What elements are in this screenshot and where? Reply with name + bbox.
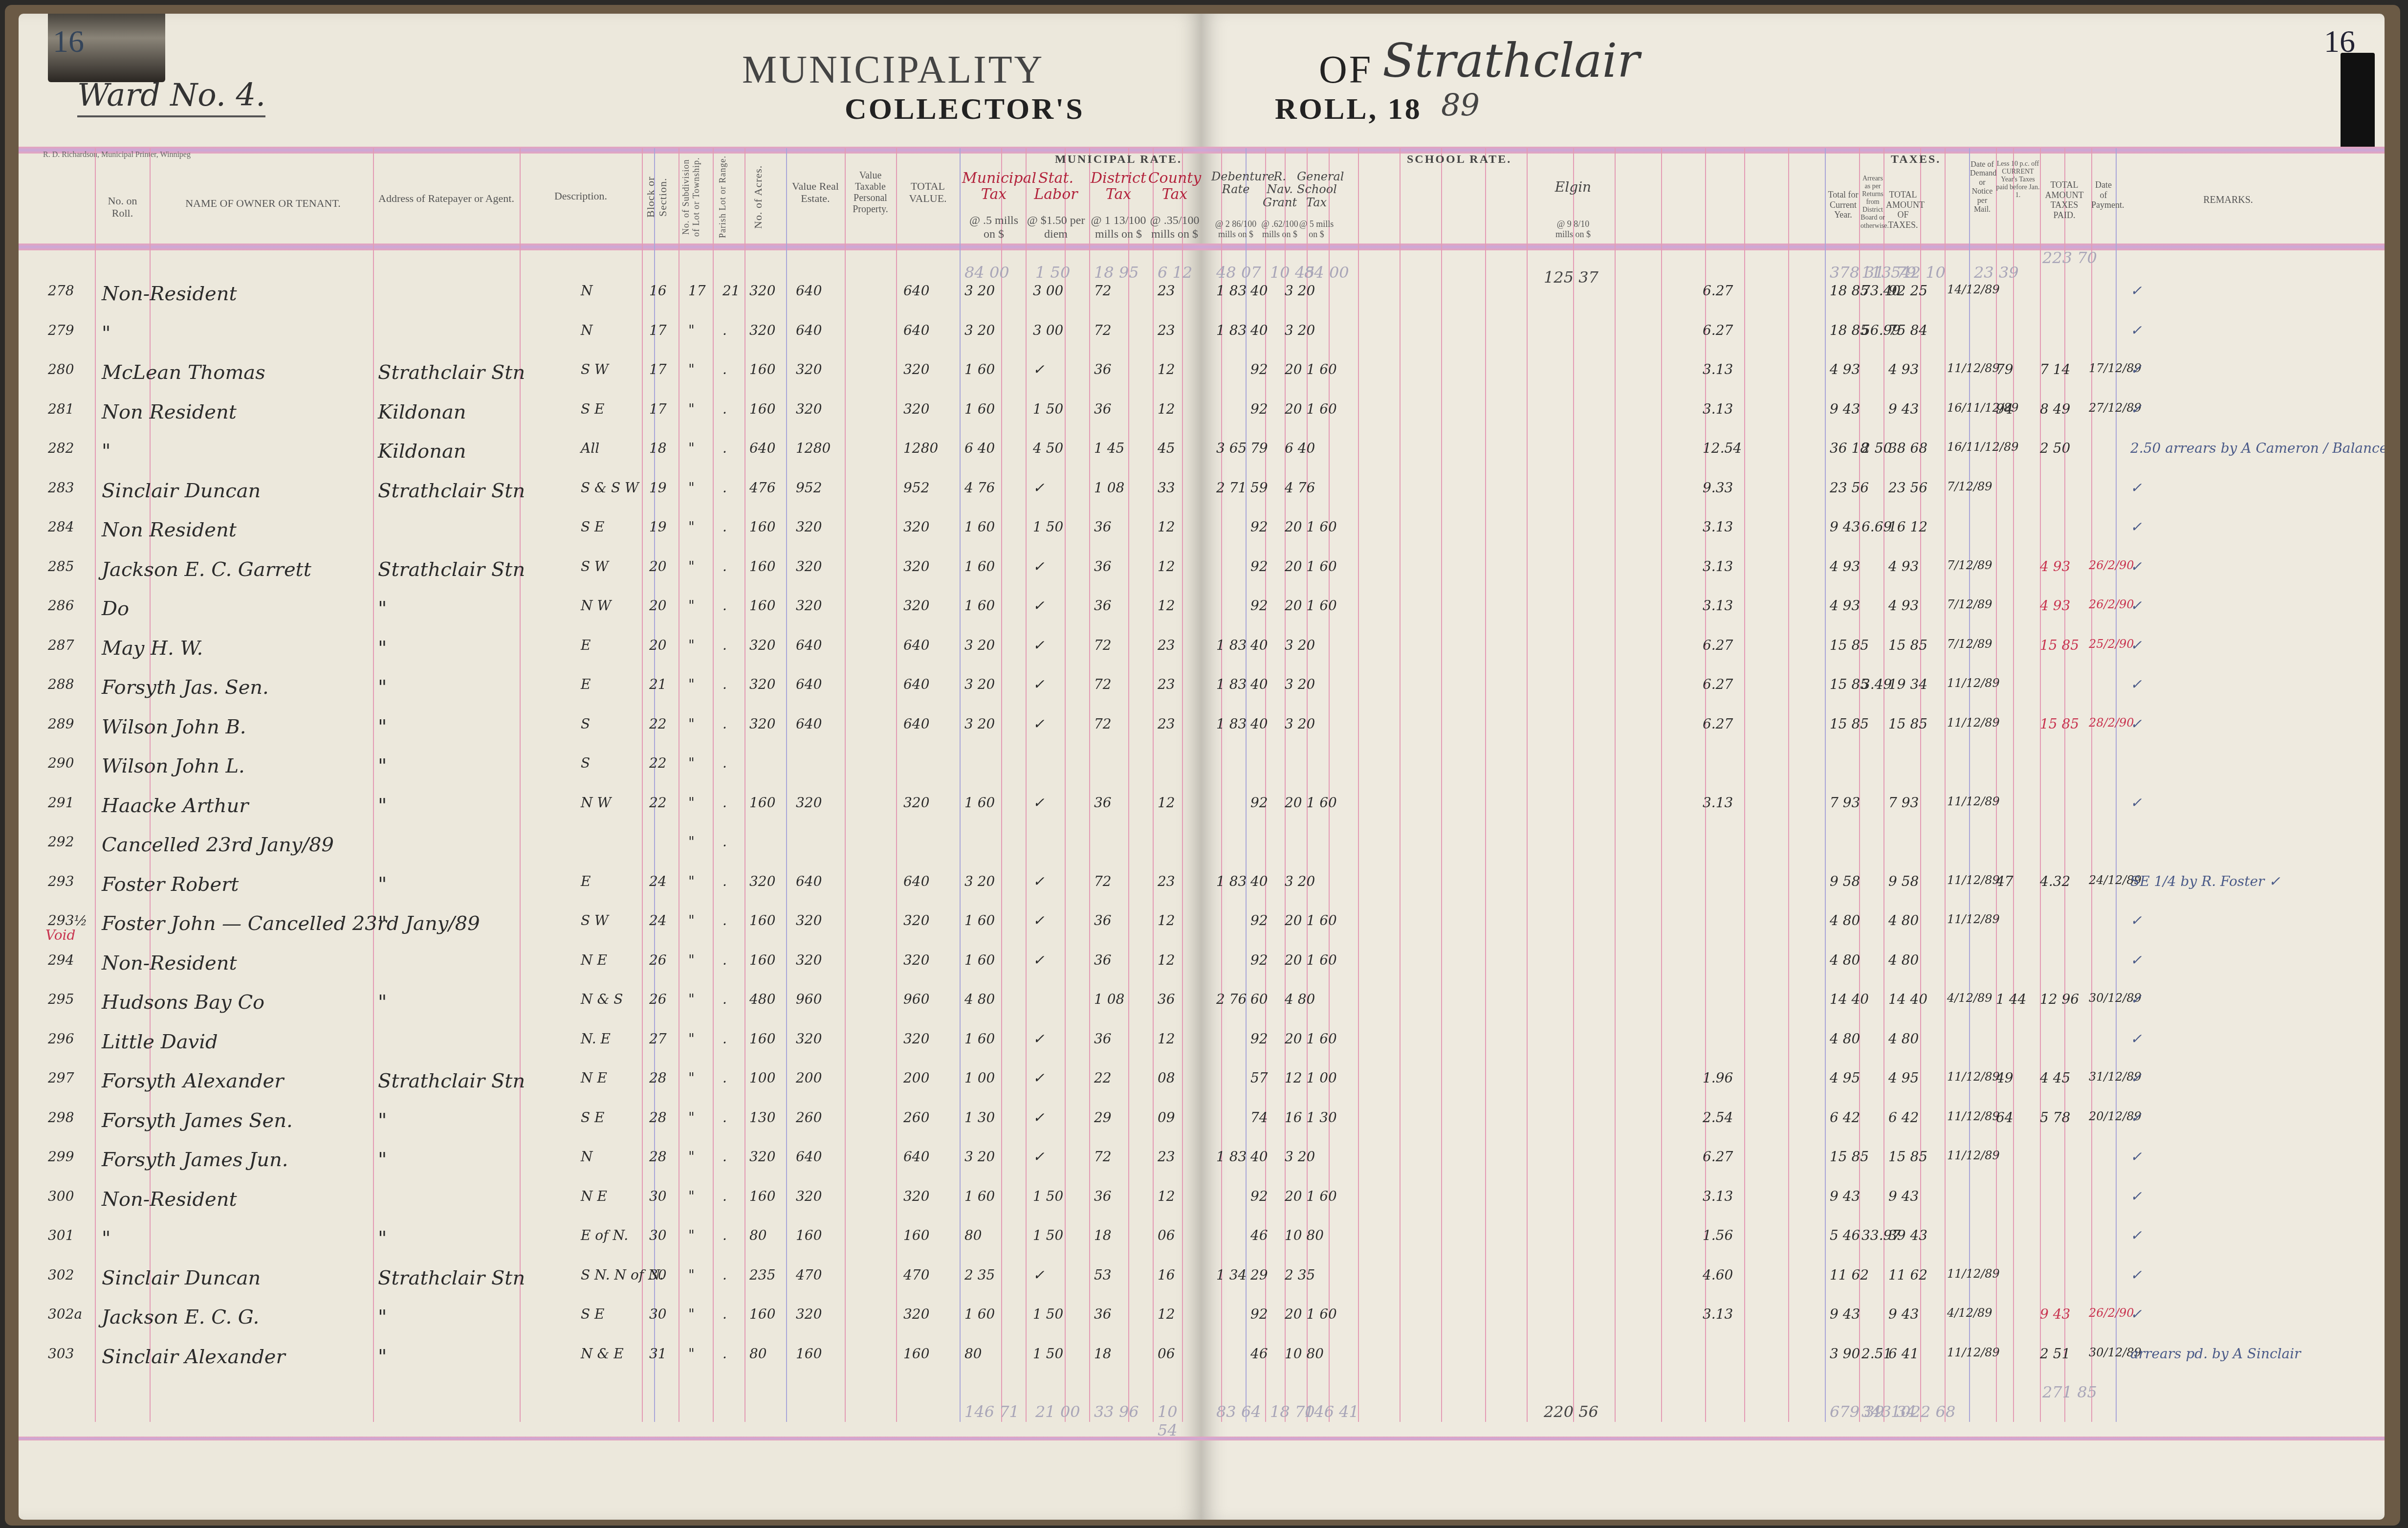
demand-date: 11/12/89 <box>1947 795 2000 808</box>
header-school-rate: SCHOOL RATE. <box>1407 153 1511 166</box>
acres: 80 <box>749 1227 767 1243</box>
discount: 94 <box>1996 401 2014 417</box>
roll-number: 301 <box>48 1227 74 1243</box>
subdivision: " <box>688 598 695 614</box>
block-section: 30 <box>649 1227 667 1243</box>
remarks: ✓ <box>2130 322 2142 338</box>
statute-labor: 1 50 <box>1033 519 1063 535</box>
total-value: 640 <box>903 716 929 732</box>
total-taxes: 6 41 <box>1888 1346 1919 1362</box>
current-year-total: 9 43 <box>1830 1188 1860 1204</box>
description: S W <box>581 361 609 377</box>
value-real-estate: 320 <box>796 401 822 417</box>
acres: 160 <box>749 912 775 929</box>
district-tax: 72 <box>1094 716 1112 732</box>
owner-name: " <box>102 322 110 345</box>
county-tax: 06 <box>1158 1346 1175 1362</box>
nav-grant: 46 <box>1250 1227 1268 1243</box>
subdivision: " <box>688 322 695 338</box>
total-taxes: 75 84 <box>1888 322 1927 338</box>
header-subdivision: No. of Subdivision of Lot or Township. <box>681 155 701 239</box>
municipal-tax: 1 60 <box>964 1188 995 1204</box>
header-address: Address of Ratepayer or Agent. <box>375 192 517 204</box>
acres: 320 <box>749 873 775 889</box>
county-tax: 23 <box>1158 676 1175 692</box>
district-tax: 36 <box>1094 401 1112 417</box>
header-elgin: Elgin <box>1554 180 1593 195</box>
county-tax: 12 <box>1158 1031 1175 1047</box>
nav-grant: 92 <box>1250 598 1268 614</box>
payment-date: 26/2/90 <box>2089 1306 2134 1320</box>
statute-labor: 4 50 <box>1033 440 1063 456</box>
range: . <box>722 598 727 614</box>
header-general-school: General School Tax <box>1297 170 1336 209</box>
statute-labor: ✓ <box>1033 676 1044 692</box>
statute-labor: ✓ <box>1033 952 1044 968</box>
nav-grant: 92 <box>1250 558 1268 575</box>
elgin-school-tax: 12.54 <box>1703 440 1742 456</box>
payment-date: 26/2/90 <box>2089 598 2134 611</box>
table-row <box>1202 829 2385 868</box>
remarks: ✓ <box>2130 676 2142 692</box>
acres: 160 <box>749 1306 775 1322</box>
nav-grant: 59 <box>1250 480 1268 496</box>
current-year-total: 4 80 <box>1830 912 1860 929</box>
range: . <box>722 440 727 456</box>
current-year-total: 23 56 <box>1830 480 1869 496</box>
demand-date: 4/12/89 <box>1947 991 1992 1005</box>
value-real-estate: 640 <box>796 1149 822 1165</box>
district-tax: 36 <box>1094 558 1112 575</box>
district-tax: 36 <box>1094 519 1112 535</box>
current-year-total: 7 93 <box>1830 795 1860 811</box>
value-real-estate: 160 <box>796 1346 822 1362</box>
debenture-rate: 1 83 <box>1216 716 1247 732</box>
remarks: ✓ <box>2130 1031 2142 1047</box>
general-school-tax: 20 1 60 <box>1285 558 1337 575</box>
rate-nav: @ .62/100 mills on $ <box>1260 219 1299 239</box>
subdivision: " <box>688 676 695 692</box>
subdivision: " <box>688 1109 695 1126</box>
nav-grant: 40 <box>1250 716 1268 732</box>
municipal-tax: 3 20 <box>964 283 995 299</box>
total-value: 200 <box>903 1070 929 1086</box>
description: S E <box>581 1306 605 1322</box>
current-year-total: 15 85 <box>1830 637 1869 653</box>
acres: 320 <box>749 283 775 299</box>
range: . <box>722 795 727 811</box>
elgin-school-tax: 2.54 <box>1703 1109 1733 1126</box>
general-school-tax: 20 1 60 <box>1285 1031 1337 1047</box>
rate-debenture: @ 2 86/100 mills on $ <box>1211 219 1260 239</box>
roll-number: 286 <box>48 598 74 614</box>
table-row: 281Non ResidentKildonanS E17".1603203201… <box>19 396 1202 435</box>
subdivision: " <box>688 1149 695 1165</box>
total-taxes: 14 40 <box>1888 991 1927 1007</box>
description: N. E <box>581 1031 611 1047</box>
roll-number: 281 <box>48 401 74 417</box>
demand-date: 11/12/89 <box>1947 361 2000 375</box>
block-section: 24 <box>649 912 667 929</box>
statute-labor: ✓ <box>1033 716 1044 732</box>
municipal-tax: 4 76 <box>964 480 995 496</box>
total-taxes: 9 43 <box>1888 1306 1919 1322</box>
municipal-tax: 3 20 <box>964 873 995 889</box>
table-row: 1 83403 206.2718 8556.9975 84✓ <box>1202 317 2385 356</box>
description: S <box>581 755 590 771</box>
value-real-estate: 470 <box>796 1267 822 1283</box>
nav-grant: 40 <box>1250 873 1268 889</box>
roll-number: 299 <box>48 1149 74 1165</box>
total-paid: 271 85 <box>2042 1383 2097 1401</box>
table-row: 279"N17".3206406403 203 007223 <box>19 317 1202 356</box>
table-row: 9220 1 603.134 934 937/12/894 9326/2/90✓ <box>1202 593 2385 632</box>
demand-date: 11/12/89 <box>1947 676 2000 690</box>
county-tax: 12 <box>1158 519 1175 535</box>
owner-name: Wilson John B. <box>102 716 246 738</box>
statute-labor: ✓ <box>1033 795 1044 811</box>
statute-labor: ✓ <box>1033 598 1044 614</box>
statute-labor: 1 50 <box>1033 1188 1063 1204</box>
header-arrears: Arrears as per Returns from District Boa… <box>1861 175 1885 230</box>
description: E <box>581 637 591 653</box>
municipal-tax: 1 60 <box>964 519 995 535</box>
total-value: 470 <box>903 1267 929 1283</box>
municipal-tax: 3 20 <box>964 1149 995 1165</box>
block-section: 17 <box>649 401 667 417</box>
total-taxes: 15 85 <box>1888 637 1927 653</box>
subdivision: " <box>688 480 695 496</box>
municipal-tax: 1 60 <box>964 952 995 968</box>
municipal-tax: 1 60 <box>964 912 995 929</box>
demand-date: 14/12/89 <box>1947 283 2000 296</box>
owner-name: Foster Robert <box>102 873 239 896</box>
current-year-total: 4 93 <box>1830 598 1860 614</box>
general-school-tax: 20 1 60 <box>1285 401 1337 417</box>
ratepayer-address: " <box>378 912 387 935</box>
subdivision: 17 <box>688 283 706 299</box>
statute-labor: 1 50 <box>1033 1227 1063 1243</box>
header-municipal-rate: MUNICIPAL RATE. <box>1055 153 1182 166</box>
ratepayer-address: Kildonan <box>378 440 466 463</box>
block-section: 22 <box>649 755 667 771</box>
arrears: 2 50 <box>1861 440 1892 456</box>
payment-date: 28/2/90 <box>2089 716 2134 730</box>
roll-number: 302 <box>48 1267 74 1283</box>
owner-name: Sinclair Duncan <box>102 1267 261 1289</box>
rate-municipal: @ .5 mills on $ <box>962 214 1026 241</box>
remarks: ✓ <box>2130 401 2142 417</box>
municipal-tax: 4 80 <box>964 991 995 1007</box>
district-tax: 72 <box>1094 322 1112 338</box>
owner-name: Forsyth James Sen. <box>102 1109 293 1132</box>
table-row: 298Forsyth James Sen."S E28".1302602601 … <box>19 1105 1202 1144</box>
description: N E <box>581 1070 607 1086</box>
owner-name: Do <box>102 598 129 620</box>
municipal-tax: 1 60 <box>964 795 995 811</box>
table-row: 2 71594 769.3323 5623 567/12/89✓ <box>1202 475 2385 514</box>
right-page: 16 OF Strathclair ROLL, 18 89 <box>1202 14 2385 1520</box>
county-tax: 12 <box>1158 598 1175 614</box>
description: S E <box>581 1109 605 1126</box>
nav-grant: 92 <box>1250 361 1268 377</box>
description: N <box>581 283 593 299</box>
owner-name: Cancelled 23rd Jany/89 <box>102 834 334 856</box>
roll-number: 289 <box>48 716 74 732</box>
block-section: 19 <box>649 480 667 496</box>
total-value: 640 <box>903 637 929 653</box>
value-real-estate: 640 <box>796 676 822 692</box>
statute-labor: ✓ <box>1033 1109 1044 1126</box>
acres: 320 <box>749 1149 775 1165</box>
range: . <box>722 834 727 850</box>
owner-name: Hudsons Bay Co <box>102 991 264 1014</box>
municipal-tax: 1 60 <box>964 1031 995 1047</box>
owner-name: Foster John — Cancelled 23rd Jany/89 <box>102 912 480 935</box>
total-value: 952 <box>903 480 929 496</box>
subdivision: " <box>688 361 695 377</box>
roll-number: 300 <box>48 1188 74 1204</box>
value-real-estate: 1280 <box>796 440 831 456</box>
value-real-estate: 320 <box>796 952 822 968</box>
total-taxes: 9 43 <box>1888 1188 1919 1204</box>
current-year-total: 9 58 <box>1830 873 1860 889</box>
total-labor: 21 00 <box>1035 1402 1080 1421</box>
statute-labor: ✓ <box>1033 558 1044 575</box>
header-rule-bottom <box>19 244 1202 250</box>
payment-date: 25/2/90 <box>2089 637 2134 651</box>
block-section: 22 <box>649 716 667 732</box>
block-section: 30 <box>649 1267 667 1283</box>
total-value: 640 <box>903 1149 929 1165</box>
block-section: 17 <box>649 322 667 338</box>
elgin-school-tax: 1.96 <box>1703 1070 1733 1086</box>
ratepayer-address: " <box>378 1149 387 1171</box>
municipal-tax: 1 00 <box>964 1070 995 1086</box>
subdivision: " <box>688 1031 695 1047</box>
county-tax: 36 <box>1158 991 1175 1007</box>
owner-name: Non Resident <box>102 519 237 541</box>
description: All <box>581 440 599 456</box>
district-tax: 36 <box>1094 1031 1112 1047</box>
rate-elgin: @ 9 8/10 mills on $ <box>1554 219 1593 239</box>
remarks: ✓ <box>2130 558 2142 575</box>
nav-grant: 40 <box>1250 637 1268 653</box>
table-row: 289Wilson John B."S22".3206406403 20✓722… <box>19 711 1202 750</box>
ratepayer-address: Strathclair Stn <box>378 361 525 384</box>
table-row: 286Do"N W20".1603203201 60✓3612 <box>19 593 1202 632</box>
debenture-rate: 1 83 <box>1216 1149 1247 1165</box>
range: . <box>722 912 727 929</box>
table-row: 3 65796 4012.5436 182 5038 6816/11/12/89… <box>1202 435 2385 474</box>
rate-district: @ 1 13/100 mills on $ <box>1089 214 1148 241</box>
total-taxes: 4 95 <box>1888 1070 1919 1086</box>
remarks: ✓ <box>2130 952 2142 968</box>
ratepayer-address: " <box>378 991 387 1014</box>
total-value: 1280 <box>903 440 938 456</box>
amount-paid: 7 14 <box>2040 361 2070 377</box>
table-row: 278Non-ResidentN1617213206406403 203 007… <box>19 278 1202 317</box>
acres: 160 <box>749 1031 775 1047</box>
ratepayer-address: Strathclair Stn <box>378 1267 525 1289</box>
table-row: 4610 801.565 4633.9739 43✓ <box>1202 1222 2385 1262</box>
value-real-estate: 320 <box>796 598 822 614</box>
acres: 160 <box>749 558 775 575</box>
total-value: 320 <box>903 361 929 377</box>
elgin-school-tax: 6.27 <box>1703 676 1733 692</box>
description: N <box>581 1149 593 1165</box>
header-total-paid: TOTAL AMOUNT TAXES PAID. <box>2040 180 2089 221</box>
acres: 320 <box>749 676 775 692</box>
description: N W <box>581 598 611 614</box>
total-taxes: 9 58 <box>1888 873 1919 889</box>
ratepayer-address: " <box>378 676 387 699</box>
total-taxes: 1022 68 <box>1891 1402 1955 1421</box>
table-row: 9220 1 603.134 934 937/12/894 9326/2/90✓ <box>1202 554 2385 593</box>
nav-grant: 92 <box>1250 1306 1268 1322</box>
block-section: 26 <box>649 991 667 1007</box>
total-value: 640 <box>903 676 929 692</box>
subdivision: " <box>688 637 695 653</box>
district-tax: 72 <box>1094 637 1112 653</box>
amount-paid: 15 85 <box>2040 637 2079 653</box>
total-value: 640 <box>903 873 929 889</box>
description: E <box>581 873 591 889</box>
elgin-school-tax: 3.13 <box>1703 1188 1733 1204</box>
acres: 320 <box>749 637 775 653</box>
ratepayer-address: Strathclair Stn <box>378 558 525 581</box>
remarks: SE 1/4 by R. Foster ✓ <box>2130 873 2280 889</box>
nav-grant: 74 <box>1250 1109 1268 1126</box>
block-section: 31 <box>649 1346 667 1362</box>
district-tax: 53 <box>1094 1267 1112 1283</box>
range: . <box>722 1109 727 1126</box>
value-real-estate: 640 <box>796 283 822 299</box>
title-of: OF <box>1319 48 1373 92</box>
header-rule-bottom <box>1202 244 2385 250</box>
district-tax: 1 08 <box>1094 480 1124 496</box>
discount: 47 <box>1996 873 2014 889</box>
district-tax: 72 <box>1094 676 1112 692</box>
roll-number: 280 <box>48 361 74 377</box>
arrears: 6.69 <box>1861 519 1892 535</box>
acres: 235 <box>749 1267 775 1283</box>
header-name: NAME OF OWNER OR TENANT. <box>155 197 371 209</box>
header-total-value: TOTAL VALUE. <box>898 180 957 205</box>
carried-paid: 223 70 <box>2042 248 2097 267</box>
municipal-tax: 1 60 <box>964 558 995 575</box>
nav-grant: 92 <box>1250 912 1268 929</box>
value-real-estate: 320 <box>796 795 822 811</box>
subdivision: " <box>688 795 695 811</box>
ward-label: Ward No. 4. <box>77 77 265 117</box>
district-tax: 36 <box>1094 952 1112 968</box>
general-school-tax: 6 40 <box>1285 440 1315 456</box>
block-section: 28 <box>649 1070 667 1086</box>
block-section: 20 <box>649 598 667 614</box>
statute-labor: 1 50 <box>1033 1306 1063 1322</box>
debenture-rate: 1 83 <box>1216 283 1247 299</box>
county-tax: 09 <box>1158 1109 1175 1126</box>
value-real-estate: 640 <box>796 873 822 889</box>
demand-date: 11/12/89 <box>1947 716 2000 730</box>
county-tax: 08 <box>1158 1070 1175 1086</box>
footer-rule <box>1202 1437 2385 1440</box>
nav-grant: 60 <box>1250 991 1268 1007</box>
municipal-tax: 3 20 <box>964 322 995 338</box>
elgin-school-tax: 3.13 <box>1703 598 1733 614</box>
roll-number: 303 <box>48 1346 74 1362</box>
block-section: 20 <box>649 558 667 575</box>
range: . <box>722 1031 727 1047</box>
rate-labor: @ $1.50 per diem <box>1027 214 1085 241</box>
ratepayer-address: " <box>378 716 387 738</box>
title-roll: ROLL, 18 <box>1275 92 1422 127</box>
value-real-estate: 320 <box>796 361 822 377</box>
description: N & S <box>581 991 623 1007</box>
subdivision: " <box>688 519 695 535</box>
block-section: 27 <box>649 1031 667 1047</box>
table-row: 288Forsyth Jas. Sen."E21".3206406403 20✓… <box>19 671 1202 710</box>
municipal-tax: 1 60 <box>964 401 995 417</box>
nav-grant: 92 <box>1250 1188 1268 1204</box>
county-tax: 06 <box>1158 1227 1175 1243</box>
total-taxes: 38 68 <box>1888 440 1927 456</box>
statute-labor: ✓ <box>1033 912 1044 929</box>
table-row: 292Cancelled 23rd Jany/89". <box>19 829 1202 868</box>
general-school-tax: 20 1 60 <box>1285 912 1337 929</box>
district-tax: 18 <box>1094 1227 1112 1243</box>
title-municipality: MUNICIPALITY <box>742 48 1044 92</box>
range: . <box>722 361 727 377</box>
total-value: 320 <box>903 519 929 535</box>
total-general: 146 41 <box>1304 1402 1359 1421</box>
table-row: 285Jackson E. C. GarrettStrathclair StnS… <box>19 554 1202 593</box>
table-row: 295Hudsons Bay Co"N & S26".4809609604 80… <box>19 986 1202 1025</box>
county-tax: 12 <box>1158 1188 1175 1204</box>
amount-paid: 4 93 <box>2040 598 2070 614</box>
description: E of N. <box>581 1227 628 1243</box>
range: . <box>722 637 727 653</box>
owner-name: Haacke Arthur <box>102 795 248 817</box>
discount: 79 <box>1996 361 2014 377</box>
nav-grant: 92 <box>1250 795 1268 811</box>
county-tax: 12 <box>1158 1306 1175 1322</box>
county-tax: 12 <box>1158 401 1175 417</box>
description: S W <box>581 558 609 575</box>
total-taxes: 39 43 <box>1888 1227 1927 1243</box>
general-school-tax: 3 20 <box>1285 716 1315 732</box>
county-tax: 23 <box>1158 1149 1175 1165</box>
general-school-tax: 12 1 00 <box>1285 1070 1337 1086</box>
header-rule-top <box>1202 147 2385 154</box>
current-year-total: 9 43 <box>1830 401 1860 417</box>
roll-number: 293½ <box>48 912 88 929</box>
nav-grant: 57 <box>1250 1070 1268 1086</box>
statute-labor: ✓ <box>1033 361 1044 377</box>
district-tax: 1 08 <box>1094 991 1124 1007</box>
statute-labor: ✓ <box>1033 873 1044 889</box>
acres: 160 <box>749 361 775 377</box>
ratepayer-address: " <box>378 637 387 660</box>
elgin-school-tax: 4.60 <box>1703 1267 1733 1283</box>
roll-number: 284 <box>48 519 74 535</box>
ratepayer-address: Strathclair Stn <box>378 1070 525 1092</box>
description: N E <box>581 1188 607 1204</box>
header-no-on-roll: No. on Roll. <box>97 195 148 220</box>
table-row: 282"KildonanAll18".640128012806 404 501 … <box>19 435 1202 474</box>
nav-grant: 92 <box>1250 952 1268 968</box>
